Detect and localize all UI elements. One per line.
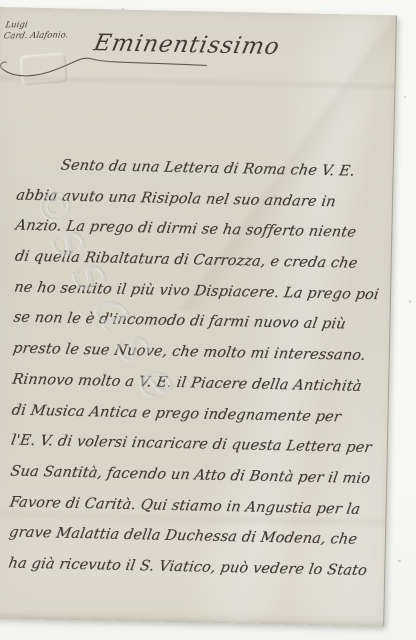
letter-sheet: Luigi Card. Alafonio. Eminentissimo Sent… <box>0 7 397 626</box>
archivist-annotation: Luigi Card. Alafonio. <box>3 19 71 42</box>
dust-speck <box>404 96 406 98</box>
letter-photo: Luigi Card. Alafonio. Eminentissimo Sent… <box>0 0 416 640</box>
dust-speck <box>409 300 411 303</box>
body-line: ha già ricevuto il S. Viatico, può veder… <box>5 555 372 593</box>
annotation-line2: Card. Alafonio. <box>3 30 69 42</box>
pen-flourish <box>0 51 212 83</box>
dust-speck <box>398 560 401 562</box>
letter-body: Sento da una Lettera di Roma che V. E. a… <box>5 156 376 593</box>
